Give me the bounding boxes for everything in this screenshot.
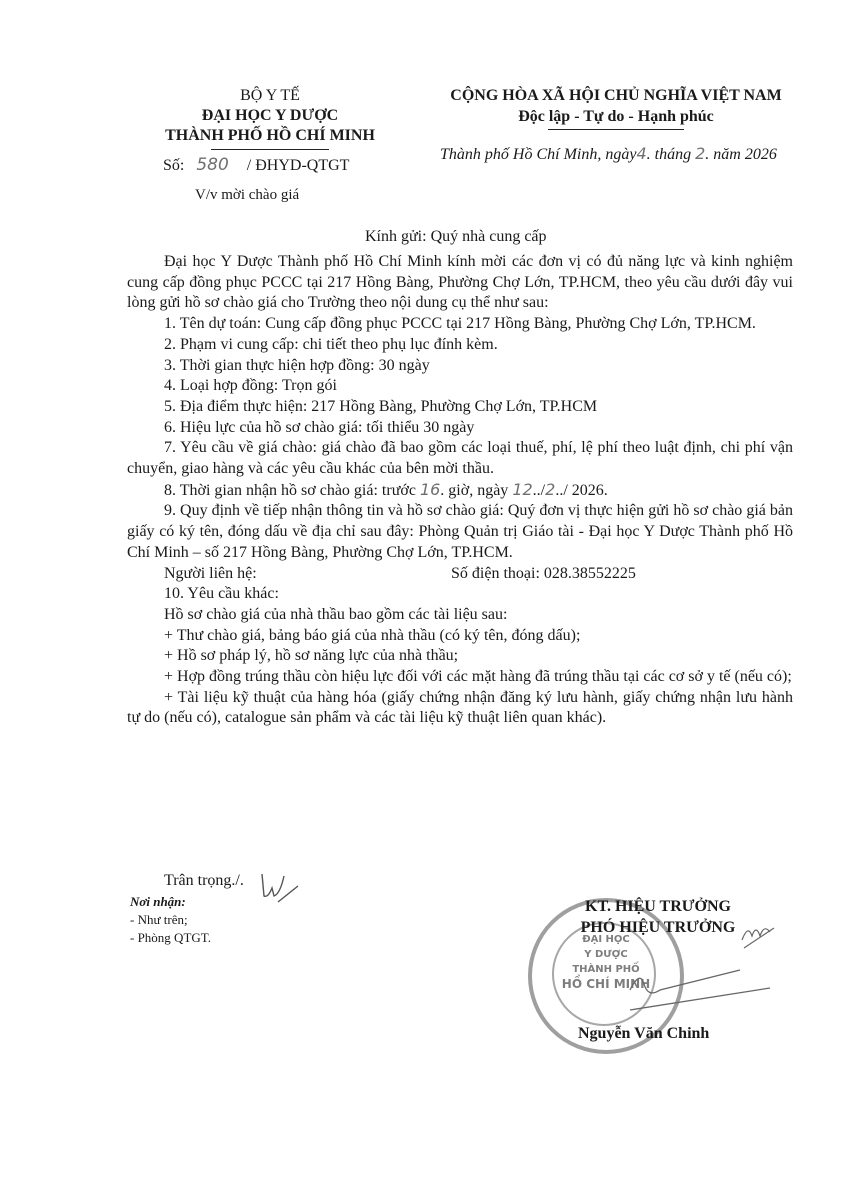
doc-requirement: + Tài liệu kỹ thuật của hàng hóa (giấy c… — [127, 688, 793, 729]
closing-line: Trân trọng./. — [164, 872, 244, 890]
item-1: 1. Tên dự toán: Cung cấp đồng phục PCCC … — [127, 314, 793, 335]
item-4: 4. Loại hợp đồng: Trọn gói — [127, 376, 793, 397]
university-name-line2: THÀNH PHỐ HỒ CHÍ MINH — [140, 126, 400, 146]
university-name-line1: ĐẠI HỌC Y DƯỢC — [140, 106, 400, 126]
item-9: 9. Quy định về tiếp nhận thông tin và hồ… — [127, 501, 793, 563]
subject-line: V/v mời chào giá — [195, 187, 299, 204]
date-month: 2 — [695, 144, 705, 163]
document-number: Số: 580 / ĐHYD-QTGT — [163, 155, 349, 175]
national-header: CỘNG HÒA XÃ HỘI CHỦ NGHĨA VIỆT NAM Độc l… — [438, 86, 794, 130]
deadline-month: 2 — [545, 480, 555, 499]
item-3: 3. Thời gian thực hiện hợp đồng: 30 ngày — [127, 356, 793, 377]
contact-phone: Số điện thoại: 028.38552225 — [451, 564, 636, 585]
national-motto: Độc lập - Tự do - Hạnh phúc — [438, 106, 794, 128]
date-prefix: Thành phố Hồ Chí Minh, ngày — [440, 146, 636, 163]
item-5: 5. Địa điểm thực hiện: 217 Hồng Bàng, Ph… — [127, 397, 793, 418]
item-6: 6. Hiệu lực của hồ sơ chào giá: tối thiể… — [127, 418, 793, 439]
signature-title-1: KT. HIỆU TRƯỞNG — [538, 896, 778, 917]
number-handwritten: 580 — [196, 155, 228, 175]
item-8-hour-suffix: . giờ, ngày — [440, 482, 508, 499]
issuer-header: BỘ Y TẾ ĐẠI HỌC Y DƯỢC THÀNH PHỐ HỒ CHÍ … — [140, 86, 400, 150]
item-10-title: 10. Yêu cầu khác: — [127, 584, 793, 605]
letter-body: Đại học Y Dược Thành phố Hồ Chí Minh kín… — [127, 252, 793, 729]
deadline-hour: 16 — [420, 480, 440, 499]
item-7: 7. Yêu cầu về giá chào: giá chào đã bao … — [127, 438, 793, 479]
signature-scribble — [600, 960, 800, 1030]
date-line: Thành phố Hồ Chí Minh, ngày4. tháng 2. n… — [440, 144, 777, 164]
recipients-title: Nơi nhận: — [130, 893, 211, 911]
item-8: 8. Thời gian nhận hồ sơ chào giá: trước … — [127, 480, 793, 502]
item-2: 2. Phạm vi cung cấp: chi tiết theo phụ l… — [127, 335, 793, 356]
header-underline — [211, 149, 329, 150]
recipient-item: - Như trên; — [130, 911, 211, 929]
item-8-year: / 2026. — [563, 482, 607, 499]
contact-person-label: Người liên hệ: — [164, 564, 257, 585]
recipients-block: Nơi nhận: - Như trên; - Phòng QTGT. — [130, 893, 211, 947]
intro-paragraph: Đại học Y Dược Thành phố Hồ Chí Minh kín… — [127, 252, 793, 314]
initials-scribble — [258, 868, 302, 904]
salutation: Kính gửi: Quý nhà cung cấp — [365, 228, 547, 246]
signature-flourish — [740, 920, 780, 950]
number-suffix: / ĐHYD-QTGT — [247, 157, 350, 174]
country-name: CỘNG HÒA XÃ HỘI CHỦ NGHĨA VIỆT NAM — [438, 86, 794, 106]
date-year-label: . năm 2026 — [705, 146, 777, 163]
number-label: Số: — [163, 157, 184, 174]
doc-requirement: + Hợp đồng trúng thầu còn hiệu lực đối v… — [127, 667, 793, 688]
signer-name: Nguyễn Văn Chinh — [578, 1025, 709, 1043]
recipient-item: - Phòng QTGT. — [130, 929, 211, 947]
contact-row: Người liên hệ: Số điện thoại: 028.385522… — [127, 564, 793, 585]
date-month-label: . tháng — [647, 146, 691, 163]
deadline-day: 12 — [512, 480, 532, 499]
item-10-lead: Hồ sơ chào giá của nhà thầu bao gồm các … — [127, 605, 793, 626]
date-day: 4 — [636, 144, 646, 163]
doc-requirement: + Hồ sơ pháp lý, hồ sơ năng lực của nhà … — [127, 646, 793, 667]
motto-underline — [548, 129, 684, 130]
doc-requirement: + Thư chào giá, bảng báo giá của nhà thầ… — [127, 626, 793, 647]
item-8-prefix: 8. Thời gian nhận hồ sơ chào giá: trước — [164, 482, 416, 499]
ministry-name: BỘ Y TẾ — [140, 86, 400, 106]
